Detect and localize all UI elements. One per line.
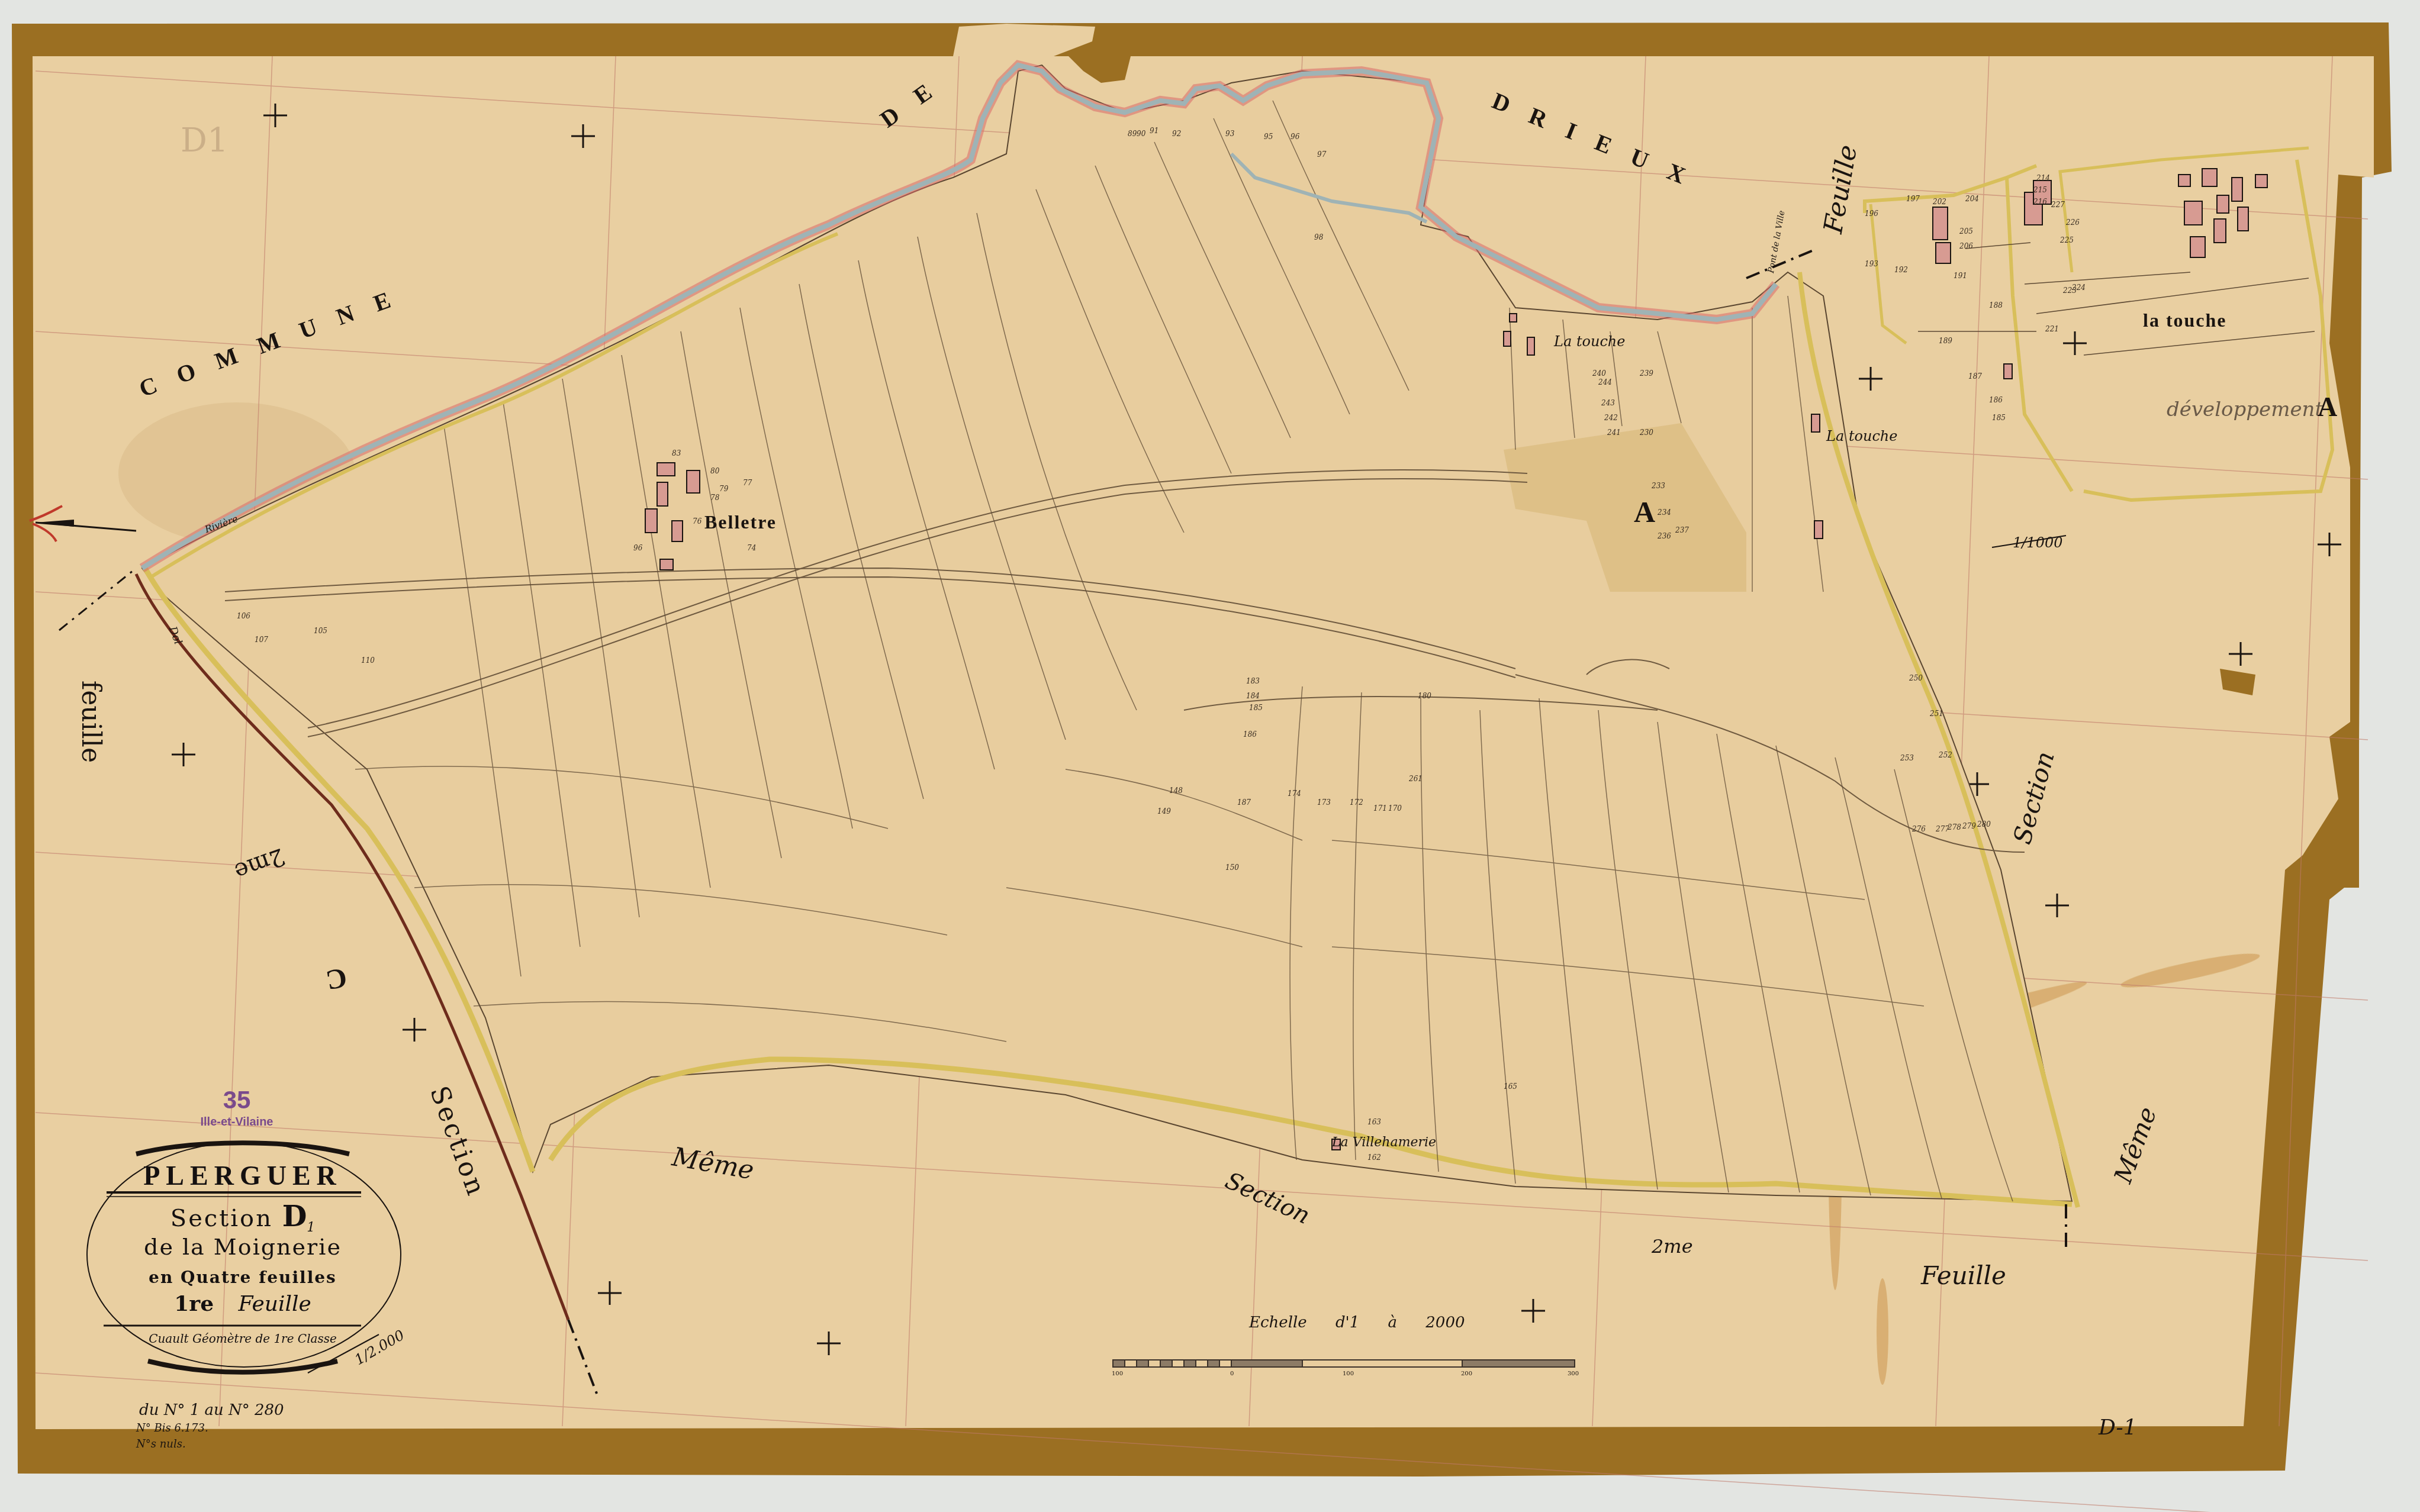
parcel-number: 214: [2036, 175, 2050, 182]
parcel-number: 276: [1912, 826, 1926, 833]
hamlet-belletre: Belletre: [704, 512, 777, 531]
parcel-number: 186: [1243, 731, 1257, 738]
section-sub: 1: [307, 1220, 315, 1235]
parcel-bis-note: N° Bis 6.173.: [136, 1423, 208, 1434]
section-word: Section: [170, 1205, 282, 1232]
parcel-number: 230: [1640, 429, 1653, 436]
inset-scale-note: 1/1000: [2013, 536, 2062, 550]
parcel-number: 226: [2066, 219, 2080, 226]
scale-tick: 300: [1568, 1371, 1579, 1377]
parcel-number: 105: [314, 627, 327, 634]
parcel-number: 110: [361, 657, 375, 664]
parcel-number: 239: [1640, 370, 1653, 377]
sheet-number-line: 1re Feuille: [89, 1291, 397, 1316]
parcel-number: 237: [1675, 527, 1689, 534]
parcel-number: 97: [1317, 151, 1326, 158]
parcel-number: 96: [1291, 133, 1299, 140]
parcel-number: 253: [1900, 755, 1914, 762]
department-stamp: 35 Ille-et-Vilaine: [178, 1086, 296, 1129]
parcel-number: 171: [1373, 805, 1387, 812]
parcel-number: 89: [1128, 130, 1137, 137]
stamp-department: Ille-et-Vilaine: [178, 1116, 296, 1129]
parcel-number: 185: [1249, 704, 1263, 711]
section-letter: D: [282, 1200, 307, 1233]
parcel-number: 196: [1865, 210, 1878, 217]
parcel-number: 183: [1246, 678, 1260, 685]
left-label-feuille: feuille: [78, 681, 104, 763]
parcel-number: 92: [1172, 130, 1181, 137]
parcel-number: 227: [2051, 201, 2065, 208]
parcel-number: 225: [2060, 237, 2074, 244]
developpement-letter: A: [2318, 394, 2341, 421]
developpement-label: développement: [2167, 399, 2323, 420]
parcel-number: 180: [1418, 692, 1431, 699]
scale-bar: [1113, 1360, 1575, 1367]
parcel-number: 77: [743, 479, 752, 486]
parcel-number: 197: [1906, 195, 1920, 202]
parcel-number: 280: [1977, 821, 1991, 828]
parcel-number: 202: [1933, 198, 1946, 205]
parcel-number: 244: [1598, 379, 1612, 386]
surveyor-signature: Cuault Géomètre de 1re Classe: [89, 1332, 397, 1346]
parcel-number: 188: [1989, 302, 2003, 309]
parcel-number: 150: [1225, 864, 1239, 871]
parcel-number: 192: [1894, 266, 1908, 273]
parcel-number: 186: [1989, 396, 2003, 404]
parcel-number: 224: [2072, 284, 2086, 291]
left-label-c: C: [320, 963, 349, 995]
parcel-number: 80: [710, 468, 719, 475]
parcel-number: 240: [1592, 370, 1606, 377]
sheet-code: D-1: [2099, 1417, 2137, 1439]
parcel-number: 234: [1658, 509, 1671, 516]
parcel-number: 216: [2033, 198, 2047, 205]
parcel-number: 242: [1604, 414, 1618, 421]
parcel-number: 76: [693, 518, 701, 525]
scale-tick: 100: [1343, 1371, 1354, 1377]
parcel-number: 191: [1954, 272, 1967, 279]
parcel-number: 162: [1367, 1154, 1381, 1161]
pencil-sheet-code: D1: [181, 124, 229, 157]
scale-bar-ticks: 100 0 100 200 300: [1112, 1371, 1579, 1382]
parcel-number: 148: [1169, 787, 1183, 794]
parcel-number: 261: [1409, 775, 1423, 782]
parcel-number: 79: [719, 485, 728, 492]
hamlet-la-touche-1: La touche: [1554, 334, 1626, 349]
parcel-number: 193: [1865, 260, 1878, 267]
parcel-number: 206: [1959, 243, 1973, 250]
parcel-number: 78: [710, 494, 719, 501]
parcel-number: 173: [1317, 799, 1331, 806]
parcel-number: 91: [1150, 127, 1158, 134]
parcel-number: 106: [237, 612, 250, 620]
parcel-nuls-note: N°s nuls.: [136, 1439, 186, 1450]
parcel-number: 189: [1939, 337, 1952, 344]
sheet-number: 1re: [174, 1291, 214, 1316]
parcel-number: 215: [2033, 186, 2047, 194]
sheet-word: Feuille: [239, 1292, 311, 1316]
parcel-number: 251: [1930, 710, 1943, 717]
parcel-number: 98: [1314, 234, 1323, 241]
section-name: de la Moignerie: [89, 1234, 397, 1260]
section-title: Section D1: [89, 1200, 397, 1235]
parcel-number: 279: [1962, 823, 1976, 830]
hamlet-la-villehamerie: La Villehamerie: [1332, 1136, 1436, 1149]
parcel-number: 205: [1959, 228, 1973, 235]
hamlet-la-touche-main: la touche: [2143, 311, 2227, 330]
parcel-number: 90: [1137, 130, 1145, 137]
parcel-number: 93: [1225, 130, 1234, 137]
parcel-range-note: du N° 1 au N° 280: [139, 1403, 284, 1418]
parcel-number: 163: [1367, 1118, 1381, 1126]
parcel-number: 165: [1504, 1083, 1517, 1090]
scale-tick: 100: [1112, 1371, 1123, 1377]
parcel-number: 278: [1948, 824, 1961, 831]
parcel-number: 204: [1965, 195, 1979, 202]
parcel-number: 184: [1246, 692, 1260, 699]
parcel-number: 250: [1909, 675, 1923, 682]
parcel-number: 107: [255, 636, 268, 643]
feuilles-count: en Quatre feuilles: [89, 1268, 397, 1287]
scale-tick: 200: [1461, 1371, 1472, 1377]
parcel-number: 170: [1388, 805, 1402, 812]
parcel-number: 236: [1658, 533, 1671, 540]
parcel-number: 243: [1601, 399, 1615, 407]
bottom-label-2me: 2me: [1652, 1237, 1693, 1256]
parcel-number: 74: [747, 544, 756, 552]
area-letter-a: A: [1634, 497, 1659, 527]
title-cartouche: PLERGUER Section D1 de la Moignerie en Q…: [89, 1136, 397, 1349]
parcel-number: 241: [1607, 429, 1621, 436]
bottom-label-feuille: Feuille: [1921, 1263, 2006, 1288]
parcel-number: 233: [1652, 482, 1665, 489]
scale-tick: 0: [1230, 1371, 1234, 1377]
stamp-number: 35: [178, 1086, 296, 1114]
parcel-number: 83: [672, 450, 681, 457]
parcel-number: 95: [1264, 133, 1273, 140]
parcel-number: 174: [1288, 790, 1301, 797]
parcel-number: 96: [633, 544, 642, 552]
parcel-number: 149: [1157, 808, 1171, 815]
parcel-number: 187: [1237, 799, 1251, 806]
parcel-number: 187: [1968, 373, 1982, 380]
parcel-number: 252: [1939, 752, 1952, 759]
hamlet-la-touche-2: La touche: [1826, 429, 1898, 443]
parcel-number: 221: [2045, 325, 2059, 333]
parcel-number: 185: [1992, 414, 2006, 421]
parcel-number: 172: [1350, 799, 1363, 806]
commune-title: PLERGUER: [89, 1160, 397, 1191]
scale-bar-title: Echelle d'1 à 2000: [1249, 1315, 1465, 1330]
